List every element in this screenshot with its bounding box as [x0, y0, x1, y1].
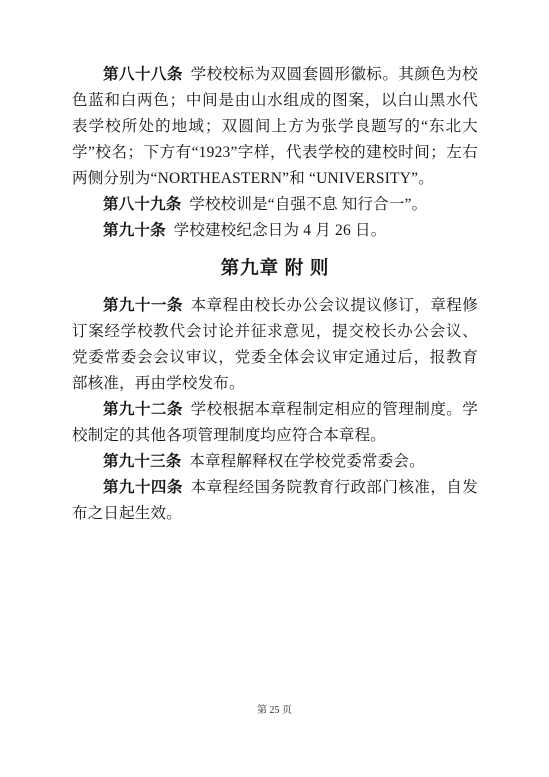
article-text: 本章程解释权在学校党委常委会。	[189, 453, 425, 470]
article-paragraph-94: 第九十四条本章程经国务院教育行政部门核准，自发布之日起生效。	[72, 475, 478, 527]
page-number-footer: 第 25 页	[0, 704, 549, 718]
article-number-label: 第九十一条	[103, 297, 183, 314]
chapter-heading: 第九章 附 则	[72, 255, 478, 283]
article-number-label: 第八十九条	[103, 196, 182, 213]
page-content: 第八十八条学校校标为双圆套圆形徽标。其颜色为校色蓝和白两色；中间是由山水组成的图…	[72, 62, 478, 527]
article-paragraph-92: 第九十二条学校根据本章程制定相应的管理制度。学校制定的其他各项管理制度均应符合本…	[72, 397, 478, 449]
article-number-label: 第九十条	[103, 222, 166, 239]
article-number-label: 第九十二条	[103, 401, 183, 418]
article-number-label: 第八十八条	[103, 66, 183, 83]
article-number-label: 第九十四条	[103, 479, 183, 496]
article-paragraph-88: 第八十八条学校校标为双圆套圆形徽标。其颜色为校色蓝和白两色；中间是由山水组成的图…	[72, 62, 478, 192]
article-text: 学校校训是“自强不息 知行合一”。	[189, 196, 427, 213]
article-text: 学校校标为双圆套圆形徽标。其颜色为校色蓝和白两色；中间是由山水组成的图案，以白山…	[72, 66, 478, 187]
article-text: 学校建校纪念日为 4 月 26 日。	[174, 222, 387, 239]
article-number-label: 第九十三条	[103, 453, 182, 470]
document-page: 第八十八条学校校标为双圆套圆形徽标。其颜色为校色蓝和白两色；中间是由山水组成的图…	[0, 0, 549, 777]
article-paragraph-91: 第九十一条本章程由校长办公会议提议修订，章程修订案经学校教代会讨论并征求意见，提…	[72, 293, 478, 397]
article-paragraph-93: 第九十三条本章程解释权在学校党委常委会。	[72, 449, 478, 475]
article-paragraph-90: 第九十条学校建校纪念日为 4 月 26 日。	[72, 218, 478, 244]
article-paragraph-89: 第八十九条学校校训是“自强不息 知行合一”。	[72, 192, 478, 218]
